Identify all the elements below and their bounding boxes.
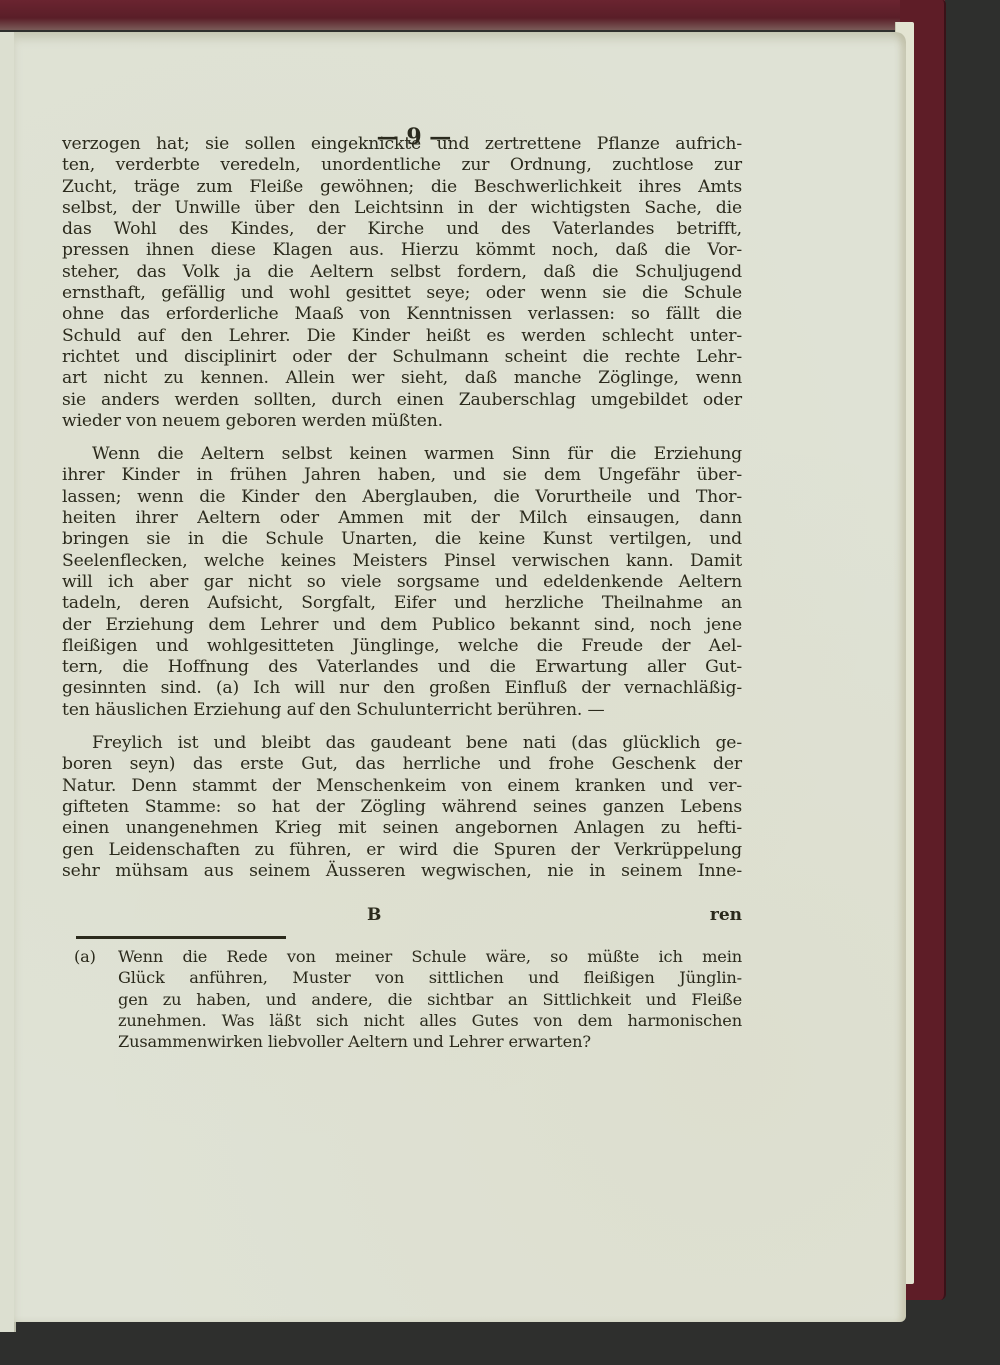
text-line: verzogen hat; sie sollen eingeknickte un… [62,134,742,155]
paragraph-1: verzogen hat; sie sollen eingeknickte un… [62,134,742,432]
text-line: einen unangenehmen Krieg mit seinen ange… [62,818,742,839]
text-line: art nicht zu kennen. Allein wer sieht, d… [62,368,742,389]
text-line: richtet und disciplinirt oder der Schulm… [62,347,742,368]
text-line: heiten ihrer Aeltern oder Ammen mit der … [62,508,742,529]
text-line: ohne das erforderliche Maaß von Kenntnis… [62,304,742,325]
text-line: Schuld auf den Lehrer. Die Kinder heißt … [62,326,742,347]
text-line: tadeln, deren Aufsicht, Sorgfalt, Eifer … [62,593,742,614]
footnote-rule [76,936,286,939]
text-line: lassen; wenn die Kinder den Aberglauben,… [62,487,742,508]
footnote-line: Zusammenwirken liebvoller Aeltern und Le… [118,1031,742,1052]
text-line: boren seyn) das erste Gut, das herrliche… [62,754,742,775]
text-line: gifteten Stamme: so hat der Zögling währ… [62,797,742,818]
text-line: ihrer Kinder in frühen Jahren haben, und… [62,465,742,486]
text-line: Natur. Denn stammt der Menschenkeim von … [62,776,742,797]
book-cover-top-edge [0,0,945,30]
footnote-line: Wenn die Rede von meiner Schule wäre, so… [118,946,742,967]
footnote-body: Wenn die Rede von meiner Schule wäre, so… [118,946,742,1052]
text-line: ten, verderbte veredeln, unordentliche z… [62,155,742,176]
text-line: das Wohl des Kindes, der Kirche und des … [62,219,742,240]
text-line: der Erziehung dem Lehrer und dem Publico… [62,615,742,636]
text-line: steher, das Volk ja die Aeltern selbst f… [62,262,742,283]
text-line: Wenn die Aeltern selbst keinen warmen Si… [62,444,742,465]
signature-mark: B [367,905,381,925]
text-line: ernsthaft, gefällig und wohl gesittet se… [62,283,742,304]
footnote: (a) Wenn die Rede von meiner Schule wäre… [74,946,742,1052]
footnote-marker: (a) [74,946,96,967]
text-line: Zucht, träge zum Fleiße gewöhnen; die Be… [62,177,742,198]
main-text: verzogen hat; sie sollen eingeknickte un… [62,134,742,882]
footnote-line: gen zu haben, und andere, die sichtbar a… [118,989,742,1010]
text-line: gen Leidenschaften zu führen, er wird di… [62,840,742,861]
text-line: wieder von neuem geboren werden müßten. [62,411,742,432]
text-line: gesinnten sind. (a) Ich will nur den gro… [62,678,742,699]
paragraph-gap [62,721,742,733]
paragraph-gap [62,432,742,444]
text-line: ten häuslichen Erziehung auf den Schulun… [62,700,742,721]
paragraph-3: Freylich ist und bleibt das gaudeant ben… [62,733,742,882]
text-line: sie anders werden sollten, durch einen Z… [62,390,742,411]
text-line: Seelenflecken, welche keines Meisters Pi… [62,551,742,572]
text-line: fleißigen und wohlgesitteten Jünglinge, … [62,636,742,657]
text-line: selbst, der Unwille über den Leichtsinn … [62,198,742,219]
text-line: Freylich ist und bleibt das gaudeant ben… [62,733,742,754]
catchword: ren [710,905,742,925]
text-line: pressen ihnen diese Klagen aus. Hierzu k… [62,240,742,261]
text-line: bringen sie in die Schule Unarten, die k… [62,529,742,550]
page-footer-marks: B ren [62,905,742,929]
text-line: sehr mühsam aus seinem Äusseren wegwisch… [62,861,742,882]
text-line: tern, die Hoffnung des Vaterlandes und d… [62,657,742,678]
paragraph-2: Wenn die Aeltern selbst keinen warmen Si… [62,444,742,721]
footnote-line: Glück anführen, Muster von sittlichen un… [118,967,742,988]
footnote-line: zunehmen. Was läßt sich nicht alles Gute… [118,1010,742,1031]
text-line: will ich aber gar nicht so viele sorgsam… [62,572,742,593]
